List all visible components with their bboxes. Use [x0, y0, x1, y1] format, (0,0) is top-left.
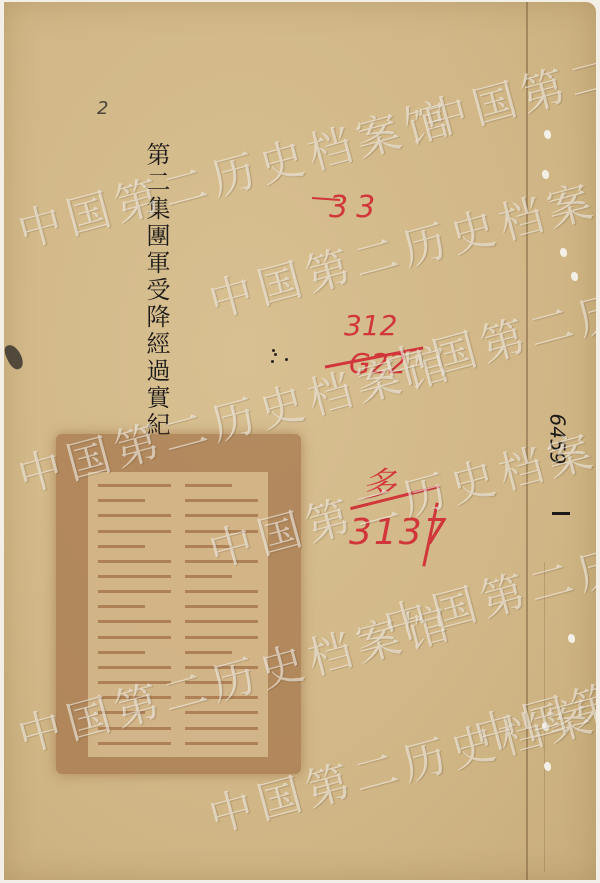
- archive-watermark: 中国第二历史档案馆: [416, 2, 596, 150]
- binding-hole: [542, 170, 549, 179]
- archival-document-page: 2 第二集團軍受降經過實紀 33 312 G22 多 3137 6459: [4, 2, 596, 880]
- archive-watermark: 中国第二历史档案馆: [376, 477, 596, 655]
- seal-column-right: [181, 478, 262, 751]
- seal-script-area: [88, 472, 268, 757]
- archive-watermark: 中国第二历史档案馆: [466, 587, 596, 765]
- red-annotation-312: 312: [344, 309, 397, 342]
- binding-hole: [568, 634, 575, 643]
- seal-column-left: [94, 478, 175, 751]
- binding-hole: [571, 272, 578, 281]
- fold-line-secondary: [544, 562, 545, 872]
- ink-dots: [269, 347, 289, 367]
- ink-blot: [4, 342, 26, 371]
- binding-hole: [544, 762, 551, 771]
- red-annotation-top: 33: [329, 190, 383, 225]
- document-title: 第二集團軍受降經過實紀: [144, 142, 168, 439]
- official-seal: [56, 434, 301, 774]
- archive-watermark: 中国第二历史档案馆: [10, 82, 461, 260]
- side-archive-number: 6459: [545, 414, 569, 465]
- red-annotation-g22: G22: [349, 347, 406, 380]
- archive-watermark: 中国第二历史档案馆: [201, 152, 596, 330]
- fold-line: [526, 2, 528, 880]
- binding-hole: [542, 722, 549, 731]
- page-number-mark: 2: [97, 98, 108, 119]
- side-mark-one: [552, 512, 570, 515]
- binding-hole: [544, 130, 551, 139]
- binding-hole: [560, 248, 567, 257]
